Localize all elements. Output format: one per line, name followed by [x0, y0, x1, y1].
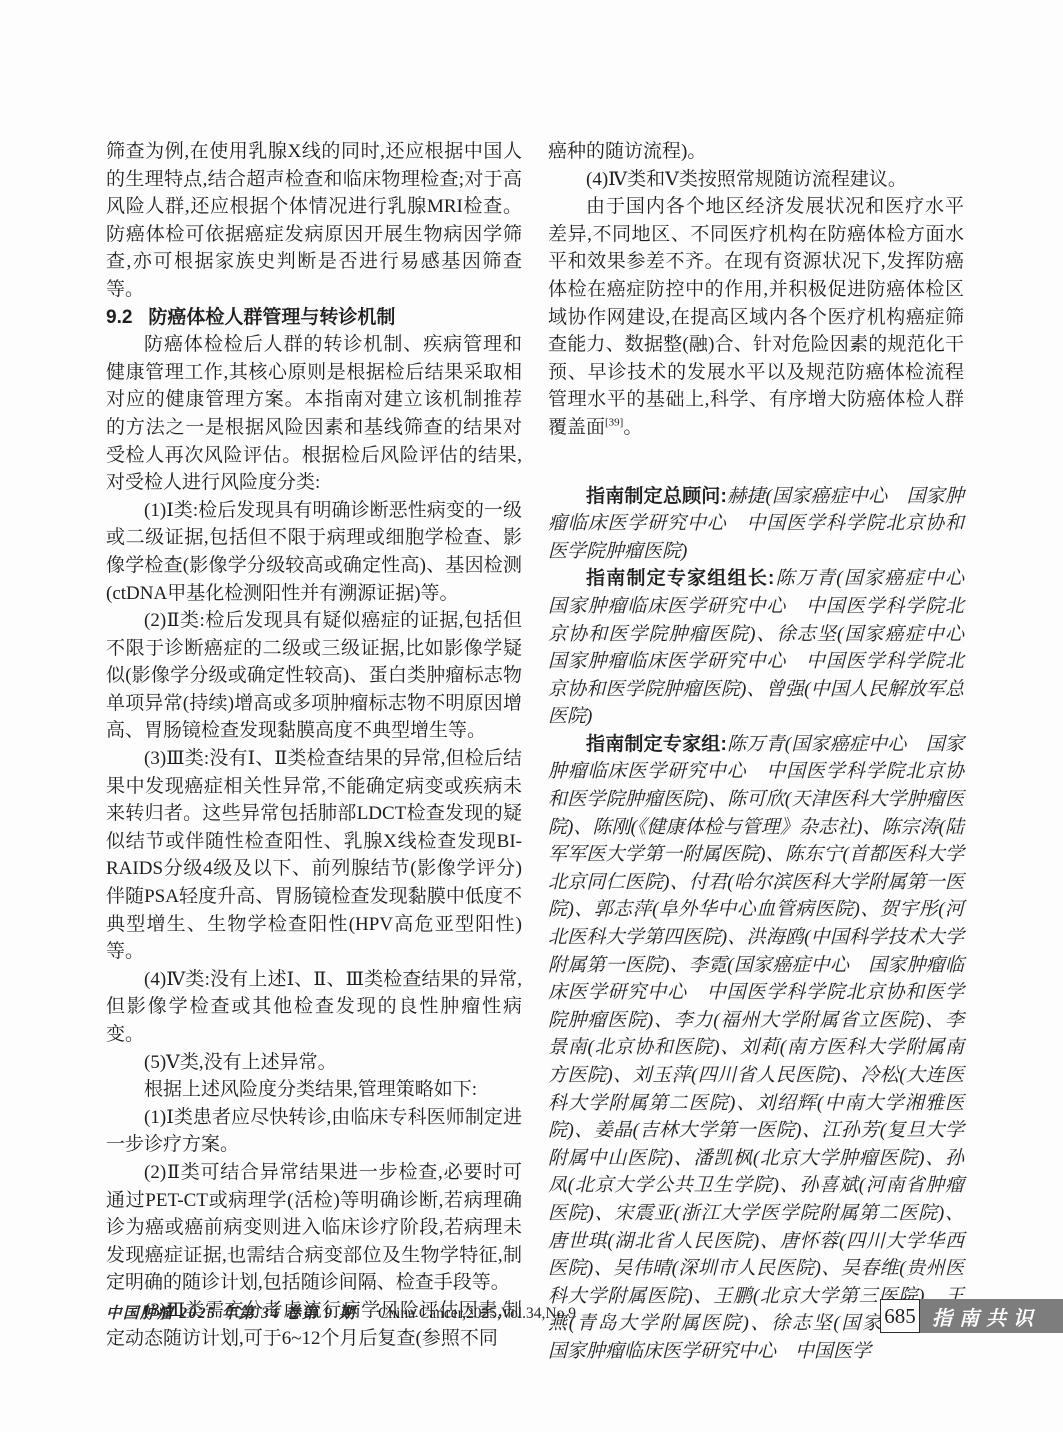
strategy-class-1-paragraph: (1)Ⅰ类患者应尽快转诊,由临床专科医师制定进一步诊疗方案。 [106, 1104, 522, 1159]
risk-class-2-paragraph: (2)Ⅱ类:检后发现具有疑似癌症的证据,包括但不限于诊断癌症的二级或三级证据,比… [106, 607, 522, 745]
coverage-tail: 。 [623, 417, 642, 438]
strategy-class-2-paragraph: (2)Ⅱ类可结合异常结果进一步检查,必要时可通过PET-CT或病理学(活检)等明… [106, 1159, 522, 1297]
continuation-paragraph: 筛查为例,在使用乳腺X线的同时,还应根据中国人的生理特点,结合超声检查和临床物理… [106, 138, 522, 304]
footer-journal-info: 中国肿瘤 2025 年第 34 卷第 9 期China Cancer,2025,… [106, 1301, 576, 1323]
chief-advisor-paragraph: 指南制定总顾问:赫捷(国家癌症中心 国家肿瘤临床医学研究中心 中国医学科学院北京… [548, 483, 964, 566]
chief-advisor-label: 指南制定总顾问: [586, 486, 727, 507]
risk-class-5-paragraph: (5)Ⅴ类,没有上述异常。 [106, 1049, 522, 1077]
risk-class-4-paragraph: (4)Ⅳ类:没有上述Ⅰ、Ⅱ、Ⅲ类检查结果的异常,但影像学检查或其他检查发现的良性… [106, 966, 522, 1049]
continuation-paragraph: 癌种的随访流程)。 [548, 138, 964, 166]
referral-mechanism-paragraph: 防癌体检检后人群的转诊机制、疾病管理和健康管理工作,其核心原则是根据检后结果采取… [106, 331, 522, 497]
coverage-paragraph: 由于国内各个地区经济发展状况和医疗水平差异,不同地区、不同医疗机构在防癌体检方面… [548, 193, 964, 441]
journal-title-chinese: 中国肿瘤 2025 年第 34 卷第 9 期 [106, 1305, 356, 1322]
left-column: 筛查为例,在使用乳腺X线的同时,还应根据中国人的生理特点,结合超声检查和临床物理… [106, 138, 522, 1366]
right-column: 癌种的随访流程)。 (4)Ⅳ类和Ⅴ类按照常规随访流程建议。 由于国内各个地区经济… [548, 138, 964, 1366]
page-badge: 685 指南共识 [880, 1299, 1063, 1333]
section-banner: 指南共识 [920, 1299, 1063, 1333]
section-heading-9-2: 9.2防癌体检人群管理与转诊机制 [106, 304, 522, 332]
strategy-class-4-5-paragraph: (4)Ⅳ类和Ⅴ类按照常规随访流程建议。 [548, 166, 964, 194]
journal-title-english: China Cancer,2025,Vol.34,No.9 [378, 1305, 576, 1322]
section-number: 9.2 [106, 307, 132, 328]
page-number: 685 [880, 1299, 920, 1333]
expert-group-leaders-paragraph: 指南制定专家组组长:陈万青(国家癌症中心 国家肿瘤临床医学研究中心 中国医学科学… [548, 565, 964, 731]
citation-39: [39] [605, 417, 623, 429]
expert-group-paragraph: 指南制定专家组:陈万青(国家癌症中心 国家肿瘤临床医学研究中心 中国医学科学院北… [548, 731, 964, 1366]
journal-page: 筛查为例,在使用乳腺X线的同时,还应根据中国人的生理特点,结合超声检查和临床物理… [0, 0, 1063, 1432]
section-gap [548, 442, 964, 483]
section-title: 防癌体检人群管理与转诊机制 [148, 307, 395, 328]
expert-group-label: 指南制定专家组: [586, 734, 727, 755]
risk-class-3-paragraph: (3)Ⅲ类:没有Ⅰ、Ⅱ类检查结果的异常,但检后结果中发现癌症相关性异常,不能确定… [106, 745, 522, 966]
text-columns: 筛查为例,在使用乳腺X线的同时,还应根据中国人的生理特点,结合超声检查和临床物理… [106, 138, 964, 1366]
expert-group-leaders-label: 指南制定专家组组长: [586, 568, 774, 589]
coverage-text: 由于国内各个地区经济发展状况和医疗水平差异,不同地区、不同医疗机构在防癌体检方面… [548, 196, 964, 438]
management-strategy-intro: 根据上述风险度分类结果,管理策略如下: [106, 1076, 522, 1104]
expert-group-names: 陈万青(国家癌症中心 国家肿瘤临床医学研究中心 中国医学科学院北京协和医学院肿瘤… [548, 734, 983, 1362]
risk-class-1-paragraph: (1)Ⅰ类:检后发现具有明确诊断恶性病变的一级或二级证据,包括但不限于病理或细胞… [106, 497, 522, 607]
expert-group-leaders-names: 陈万青(国家癌症中心 国家肿瘤临床医学研究中心 中国医学科学院北京协和医学院肿瘤… [548, 568, 983, 727]
